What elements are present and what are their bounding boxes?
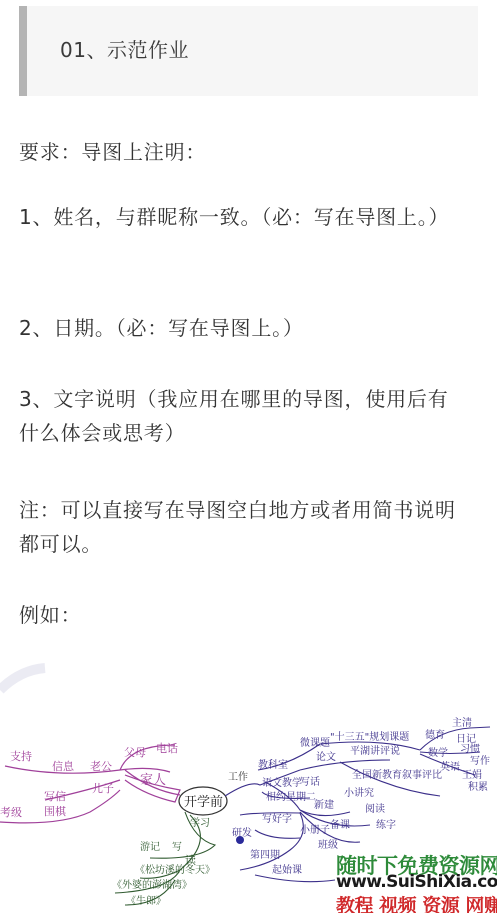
svg-text:教科室: 教科室 (258, 758, 288, 771)
svg-text:平湖讲评说: 平湖讲评说 (350, 744, 400, 757)
svg-text:语文教学: 语文教学 (262, 776, 302, 789)
example-label: 例如： (19, 598, 464, 632)
svg-text:全国新教育叙事评比: 全国新教育叙事评比 (352, 768, 442, 781)
svg-text:《牛郎》: 《牛郎》 (126, 894, 166, 907)
svg-text:论文: 论文 (316, 750, 336, 763)
svg-text:写: 写 (172, 841, 182, 853)
svg-text:阅读: 阅读 (365, 802, 385, 815)
svg-text:《外婆的澎湖湾》: 《外婆的澎湖湾》 (112, 878, 192, 891)
svg-text:起始课: 起始课 (272, 863, 302, 876)
requirement-item-3: 3、文字说明（我应用在哪里的导图，使用后有什么体会或思考） (19, 382, 464, 450)
svg-text:主清: 主清 (452, 716, 472, 729)
svg-text:习惯: 习惯 (460, 742, 480, 755)
svg-text:"十三五"规划课题: "十三五"规划课题 (330, 730, 409, 743)
watermark-tagline: 教程 视频 资源 网赚 (336, 891, 497, 913)
svg-text:备课: 备课 (330, 818, 350, 831)
svg-text:德育: 德育 (425, 728, 445, 741)
svg-text:写信: 写信 (44, 789, 66, 803)
svg-text:相约星期二: 相约星期二 (266, 790, 316, 803)
svg-text:小讲究: 小讲究 (344, 786, 374, 799)
svg-text:学习: 学习 (190, 816, 210, 829)
svg-text:儿子: 儿子 (92, 781, 114, 795)
svg-text:围棋: 围棋 (44, 804, 67, 818)
note-paragraph: 注：可以直接写在导图空白地方或者用简书说明都可以。 (19, 493, 464, 561)
svg-text:老公: 老公 (90, 759, 112, 773)
watermark-url: www.SuiShiXia.com (336, 872, 497, 892)
svg-text:英语: 英语 (440, 760, 460, 773)
svg-text:家人: 家人 (140, 773, 166, 788)
svg-text:新建: 新建 (314, 798, 334, 811)
section-title: 01、示范作业 (60, 36, 189, 64)
svg-text:支持: 支持 (10, 749, 32, 763)
svg-text:写话: 写话 (300, 776, 320, 788)
svg-text:工作: 工作 (228, 770, 248, 783)
requirement-item-2: 2、日期。（必：写在导图上。） (19, 311, 464, 345)
svg-text:数学: 数学 (428, 746, 448, 759)
svg-text:小册子: 小册子 (300, 823, 330, 836)
svg-text:王娟: 王娟 (462, 768, 482, 781)
svg-text:第四期: 第四期 (250, 848, 280, 861)
svg-text:微课题: 微课题 (300, 736, 330, 749)
svg-text:写好字: 写好字 (262, 812, 292, 825)
svg-text:班级: 班级 (318, 838, 338, 851)
svg-text:父母: 父母 (124, 746, 146, 759)
section-heading-quote: 01、示范作业 (19, 6, 478, 96)
svg-text:练字: 练字 (376, 819, 396, 831)
svg-text:积累: 积累 (468, 780, 488, 793)
svg-text:写作: 写作 (470, 754, 490, 767)
svg-text:考级: 考级 (0, 805, 22, 819)
svg-text:信息: 信息 (52, 759, 75, 773)
requirement-item-1: 1、姓名，与群昵称一致。（必：写在导图上。） (19, 200, 464, 234)
svg-text:游记: 游记 (140, 840, 160, 853)
svg-text:《松坊溪的冬天》: 《松坊溪的冬天》 (135, 863, 215, 876)
svg-text:开学前: 开学前 (184, 795, 223, 810)
svg-text:电话: 电话 (156, 741, 178, 755)
requirement-intro: 要求：导图上注明： (19, 135, 464, 169)
